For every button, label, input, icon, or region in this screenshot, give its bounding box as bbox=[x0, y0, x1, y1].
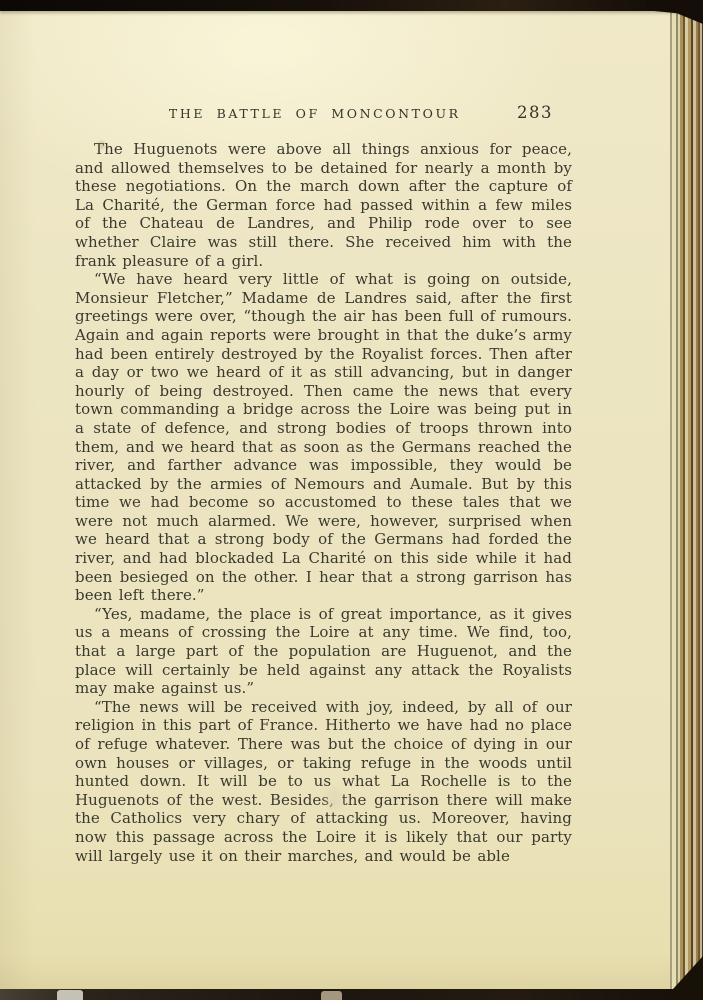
scan-border-bottom bbox=[0, 989, 703, 1000]
page-number: 283 bbox=[517, 103, 553, 122]
paragraph-3: “Yes, madame, the place is of great impo… bbox=[75, 605, 572, 698]
scan-border-top bbox=[0, 0, 703, 11]
page-edges-right bbox=[670, 8, 703, 994]
scanned-book-photo: THE BATTLE OF MONCONTOUR 283 The Hugueno… bbox=[0, 0, 703, 1000]
running-title: THE BATTLE OF MONCONTOUR bbox=[169, 106, 461, 121]
paragraph-1: The Huguenots were above all things anxi… bbox=[75, 140, 572, 270]
page-header: THE BATTLE OF MONCONTOUR 283 bbox=[75, 106, 572, 124]
scan-speck bbox=[98, 141, 105, 149]
page-body-text: The Huguenots were above all things anxi… bbox=[75, 140, 572, 865]
page-edge-tab-middle bbox=[321, 991, 342, 1000]
page-edge-tab-left bbox=[57, 990, 83, 1000]
scan-smudge bbox=[326, 788, 342, 810]
paragraph-4: “The news will be received with joy, ind… bbox=[75, 698, 572, 865]
paragraph-2: “We have heard very little of what is go… bbox=[75, 270, 572, 605]
